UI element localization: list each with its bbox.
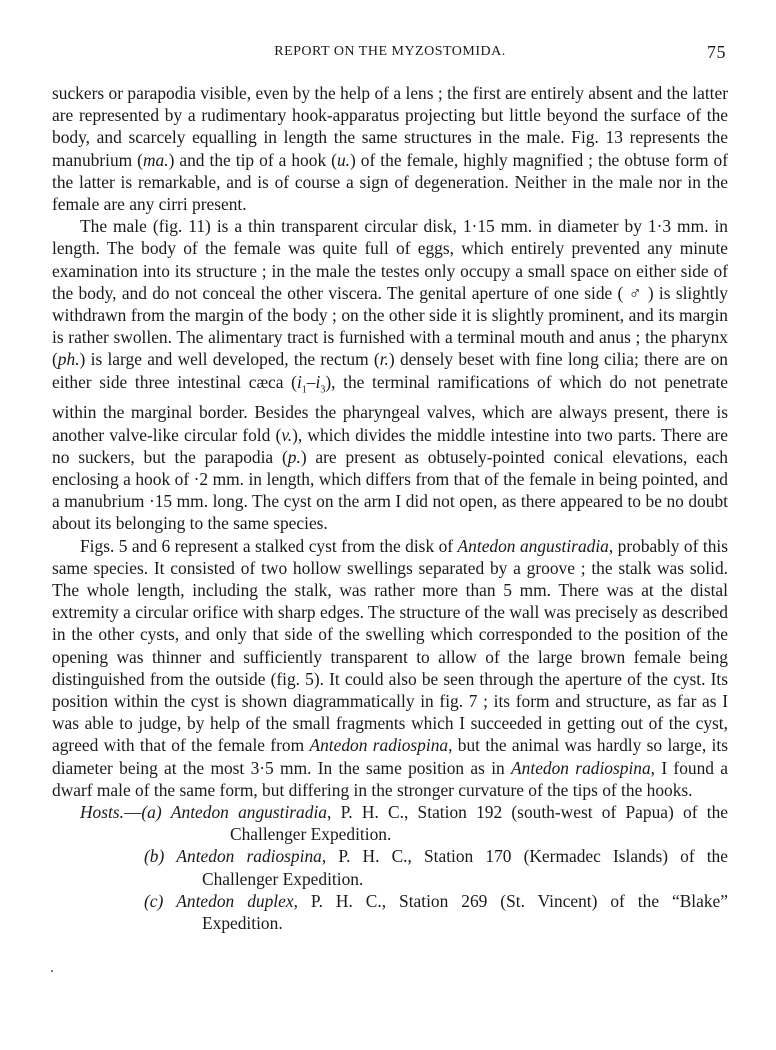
text-span: The male (fig. 11) is a thin transparent… (52, 216, 728, 369)
host-details: , P. H. C., Station 170 (Kermadec Island… (322, 846, 728, 866)
figure-label-pharynx: ph. (58, 349, 80, 369)
paragraph-stalked-cyst: Figs. 5 and 6 represent a stalked cyst f… (52, 535, 728, 801)
host-details: , P. H. C., Station 192 (south-west of P… (327, 802, 728, 822)
dash: — (124, 802, 141, 822)
host-letter: (a) (141, 802, 161, 822)
species-name: Antedon radiospina (309, 735, 448, 755)
species-name: Antedon radiospina (511, 758, 651, 778)
host-continuation: Challenger Expedition. (80, 823, 728, 845)
host-entry-b: (b) Antedon radiospina, P. H. C., Statio… (52, 845, 728, 889)
host-letter: (b) (144, 846, 164, 866)
body-text: suckers or parapodia visible, even by th… (52, 82, 728, 801)
page-number: 75 (707, 42, 726, 63)
running-head: REPORT ON THE MYZOSTOMIDA. 75 (52, 44, 728, 74)
host-details: , P. H. C., Station 269 (St. Vincent) of… (294, 891, 728, 911)
figure-label-manubrium: ma. (143, 150, 169, 170)
host-continuation: Expedition. (144, 912, 728, 934)
host-line: (b) Antedon radiospina, P. H. C., Statio… (144, 845, 728, 867)
species-name: Antedon angustiradia (171, 802, 327, 822)
species-name: Antedon duplex (176, 891, 293, 911)
paragraph-female-description: suckers or parapodia visible, even by th… (52, 82, 728, 215)
text-span: – (307, 372, 316, 392)
host-entry-a: Hosts.—(a) Antedon angustiradia, P. H. C… (52, 801, 728, 845)
host-continuation: Challenger Expedition. (144, 868, 728, 890)
figure-label-rectum: r. (380, 349, 389, 369)
species-name: Antedon angustiradia (458, 536, 609, 556)
text-span: , probably of this same species. It cons… (52, 536, 728, 756)
text-span: ) and the tip of a hook ( (169, 150, 337, 170)
host-line: Hosts.—(a) Antedon angustiradia, P. H. C… (80, 801, 728, 823)
hosts-list: Hosts.—(a) Antedon angustiradia, P. H. C… (52, 801, 728, 934)
figure-label-valve: v. (281, 425, 292, 445)
host-letter: (c) (144, 891, 163, 911)
hosts-label: Hosts. (80, 802, 124, 822)
figure-label-hook: u. (337, 150, 350, 170)
figure-label-parapodia: p. (288, 447, 301, 467)
host-line: (c) Antedon duplex, P. H. C., Station 26… (144, 890, 728, 912)
text-span: Figs. 5 and 6 represent a stalked cyst f… (80, 536, 458, 556)
text-span: ) is large and well developed, the rectu… (80, 349, 380, 369)
document-page: REPORT ON THE MYZOSTOMIDA. 75 suckers or… (52, 0, 728, 934)
species-name: Antedon radiospina (176, 846, 321, 866)
print-speck (51, 970, 53, 972)
host-entry-c: (c) Antedon duplex, P. H. C., Station 26… (52, 890, 728, 934)
running-title: REPORT ON THE MYZOSTOMIDA. (52, 44, 728, 60)
paragraph-male-description: The male (fig. 11) is a thin transparent… (52, 215, 728, 534)
